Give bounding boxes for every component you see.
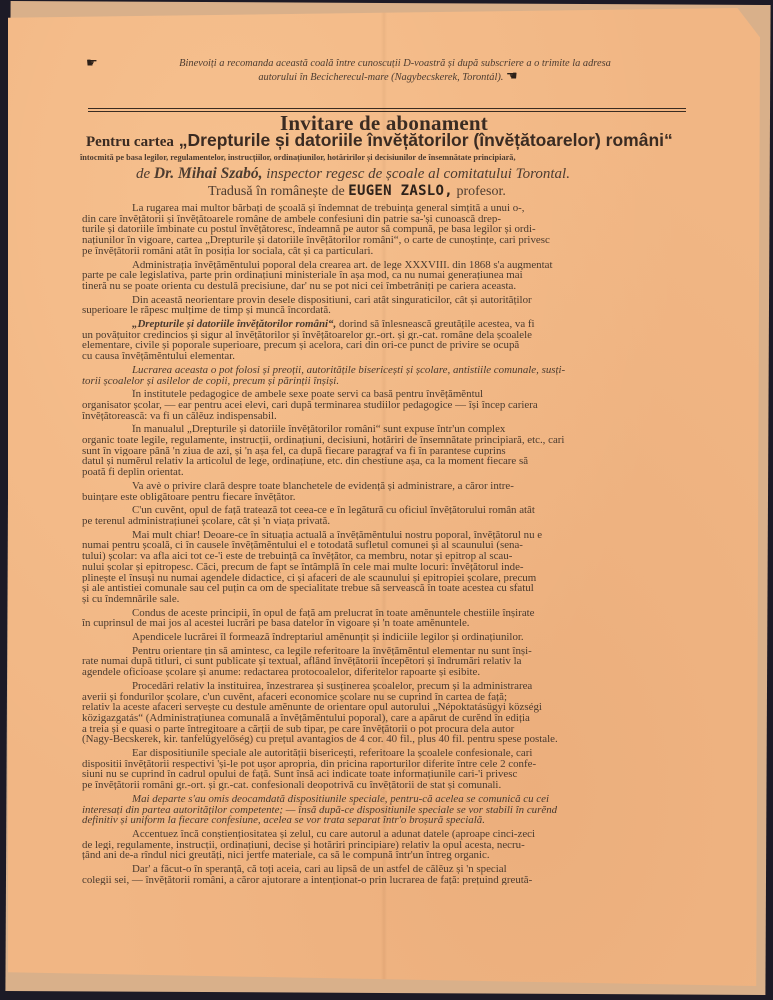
notice-line-2: autorului în Becicherecul-mare (Nagybecs…	[88, 70, 688, 84]
text-line: a treia și e quasi o parte întregitoare …	[82, 724, 722, 735]
book-title: „Drepturile și datoriile învĕțătorilor (…	[179, 130, 673, 150]
emphasized-title: „Drepturile și datoriile învĕțătorilor r…	[132, 319, 336, 330]
text-line: La rugarea mai multor bărbați de școală …	[82, 203, 722, 214]
paragraph: Apendicele lucrărei îl formează îndrepta…	[82, 632, 722, 643]
document-page: ☛ Binevoiți a recomanda această coală în…	[8, 8, 760, 986]
text-line: țând ani de-a rîndul nici greutăți, nici…	[82, 850, 722, 861]
text-line: pe învĕțătorii români atât în posiția lo…	[82, 246, 722, 257]
text-line: Accentuez încă conștiențiositatea și zel…	[82, 829, 722, 840]
text-line: dispositii învĕțătorii respectivi 'și-le…	[82, 759, 722, 770]
text-line: rate numai după titluri, ci sunt publica…	[82, 656, 722, 667]
text-line: În institutele pedagogice de ambele sexe…	[82, 389, 722, 400]
paragraph: Procedări relativ la instituirea, înzest…	[82, 681, 722, 745]
paragraph: C'un cuvĕnt, opul de față tratează tot c…	[82, 505, 722, 526]
paragraph: Lucrarea aceasta o pot folosi și preoții…	[82, 365, 722, 386]
text-line: Mai departe s'au omis deocamdată disposi…	[82, 794, 722, 805]
translator-line: Tradusă în românește de EUGEN ZASLO, pro…	[208, 183, 506, 200]
paragraph: Pentru orientare țin să amintesc, ca leg…	[82, 646, 722, 678]
pointing-hand-icon: ☛	[86, 57, 98, 69]
text-line: Apendicele lucrărei îl formează îndrepta…	[82, 632, 722, 643]
paragraph: La rugarea mai multor bărbați de școală …	[82, 203, 722, 257]
text-line: organic toate legile, regulamente, instr…	[82, 435, 722, 446]
text-line: națiunilor în vigoare, cartea „Drepturil…	[82, 235, 722, 246]
paragraph-gap	[82, 885, 722, 888]
translator-name: EUGEN ZASLO,	[348, 183, 453, 199]
text-line: În manualul „Drepturile și datoriile înv…	[82, 424, 722, 435]
text-line: din care învĕțătorii și învĕțătoarele ro…	[82, 214, 722, 225]
text-line: de legi, regulamente, instrucții, ordina…	[82, 840, 722, 851]
divider	[88, 108, 686, 109]
text-line: interesați din partea autorităților comp…	[82, 805, 722, 816]
text-line: Mai mult chiar! Deoare-ce în situația ac…	[82, 530, 722, 541]
text-line: parte pe cale legislativa, parte prin or…	[82, 270, 722, 281]
text-line: turile și datoriile îmbinate cu postul î…	[82, 224, 722, 235]
book-basis: întocmită pe basa legilor, regulamentelo…	[80, 153, 640, 162]
text-line: Administrația învĕțămĕntului poporal del…	[82, 260, 722, 271]
text-line: învĕțătorească: va fi un călĕuz indispen…	[82, 411, 722, 422]
paragraph: În institutele pedagogice de ambele sexe…	[82, 389, 722, 421]
paragraph: Mai mult chiar! Deoare-ce în situația ac…	[82, 530, 722, 605]
text-line: numai pentru școală, ci în causele învĕț…	[82, 540, 722, 551]
paragraph: Va avè o privire clară despre toate blan…	[82, 481, 722, 502]
text-line: cu causa învĕțămĕntului elementar.	[82, 351, 722, 362]
paragraph: Din această neorientare provin desele di…	[82, 295, 722, 316]
pointing-hand-icon: ☛	[506, 70, 518, 82]
notice-line-1: Binevoiți a recomanda această coală într…	[88, 58, 688, 70]
paragraph: „Drepturile și datoriile învĕțătorilor r…	[82, 319, 722, 362]
text-line: siuni nu se cuprind în cadrul opului de …	[82, 769, 722, 780]
text-line: sunt în vigoare până 'n ziua de azi, și …	[82, 446, 722, 457]
text-line: și cu îndemnările sale.	[82, 594, 722, 605]
text-line: pe terenul administrațiunei școlare, cât…	[82, 516, 722, 527]
text-line: Pentru orientare țin să amintesc, ca leg…	[82, 646, 722, 657]
paragraph: Condus de aceste principii, în opul de f…	[82, 608, 722, 629]
body-text: La rugarea mai multor bărbați de școală …	[82, 203, 722, 888]
text-line: Ear dispositiunile speciale ale autorită…	[82, 748, 722, 759]
paragraph: În manualul „Drepturile și datoriile înv…	[82, 424, 722, 478]
text-line: Procedări relativ la instituirea, înzest…	[82, 681, 722, 692]
paragraph: Mai departe s'au omis deocamdată disposi…	[82, 794, 722, 826]
text-line: elementare, civile și poporale superioar…	[82, 340, 722, 351]
text-line: közigazgatás“ (Administrațiunea comunală…	[82, 713, 722, 724]
text-line: și ale antistiei comunale sau cel puțin …	[82, 583, 722, 594]
recommendation-notice: ☛ Binevoiți a recomanda această coală în…	[88, 58, 688, 84]
text-line: relativ la aceste afaceri servește cu de…	[82, 702, 722, 713]
text-line: C'un cuvĕnt, opul de față tratează tot c…	[82, 505, 722, 516]
text-line: un povățuitor credincios și sigur al înv…	[82, 330, 722, 341]
text-line: pe învĕțătorii români gr.-ort. și gr.-ca…	[82, 780, 722, 791]
text-line: colegii sei, — învĕțătorii români, a căr…	[82, 875, 722, 886]
text-line: superioare le răpesc mulțime de timp și …	[82, 305, 722, 316]
book-title-line: Pentru cartea „Drepturile și datoriile î…	[86, 130, 746, 151]
paragraph: Accentuez încă conștiențiositatea și zel…	[82, 829, 722, 861]
text-line: torii școalelor și asilelor de copii, pr…	[82, 376, 722, 387]
text-line: în cuprinsul de mai jos al acestei lucră…	[82, 618, 722, 629]
author-name: Dr. Mihai Szabó,	[154, 165, 263, 182]
text-line: „Drepturile și datoriile învĕțătorilor r…	[82, 319, 722, 330]
text-line: Dar' a făcut-o în speranță, că toți acei…	[82, 864, 722, 875]
text-line: buințare este obligătoare pentru fiecare…	[82, 492, 722, 503]
paragraph: Ear dispositiunile speciale ale autorită…	[82, 748, 722, 791]
text-line: plinește el însuși nu numai agendele did…	[82, 573, 722, 584]
text-line: (Nagy-Becskerek, kir. tanfelügyelőség) c…	[82, 734, 722, 745]
text-line: averii și fondurilor școlare, c'un cuvĕn…	[82, 692, 722, 703]
paragraph: Administrația învĕțămĕntului poporal del…	[82, 260, 722, 292]
text-line: tului) școlar: va afla aici tot ce-'i es…	[82, 551, 722, 562]
text-line: poată fi deplin orientat.	[82, 467, 722, 478]
text-line: datul și numĕrul relativ la articolul de…	[82, 456, 722, 467]
text-line: organisator școlar, — ear pentru acei el…	[82, 400, 722, 411]
author-line: de Dr. Mihai Szabó, inspector regesc de …	[136, 165, 570, 183]
text-line: tineră nu se poate orienta cu destulă pr…	[82, 281, 722, 292]
text-line: Condus de aceste principii, în opul de f…	[82, 608, 722, 619]
paragraph: Dar' a făcut-o în speranță, că toți acei…	[82, 864, 722, 885]
text-line: agendele oficioase școlare și anume: red…	[82, 667, 722, 678]
book-prefix: Pentru cartea	[86, 134, 174, 150]
text-line: Lucrarea aceasta o pot folosi și preoții…	[82, 365, 722, 376]
text-line: definitiv și uniform la fiecare confesiu…	[82, 815, 722, 826]
text-line: Va avè o privire clară despre toate blan…	[82, 481, 722, 492]
text-line: nului școlar și epitropesc. Căci, precum…	[82, 562, 722, 573]
text-line: Din această neorientare provin desele di…	[82, 295, 722, 306]
